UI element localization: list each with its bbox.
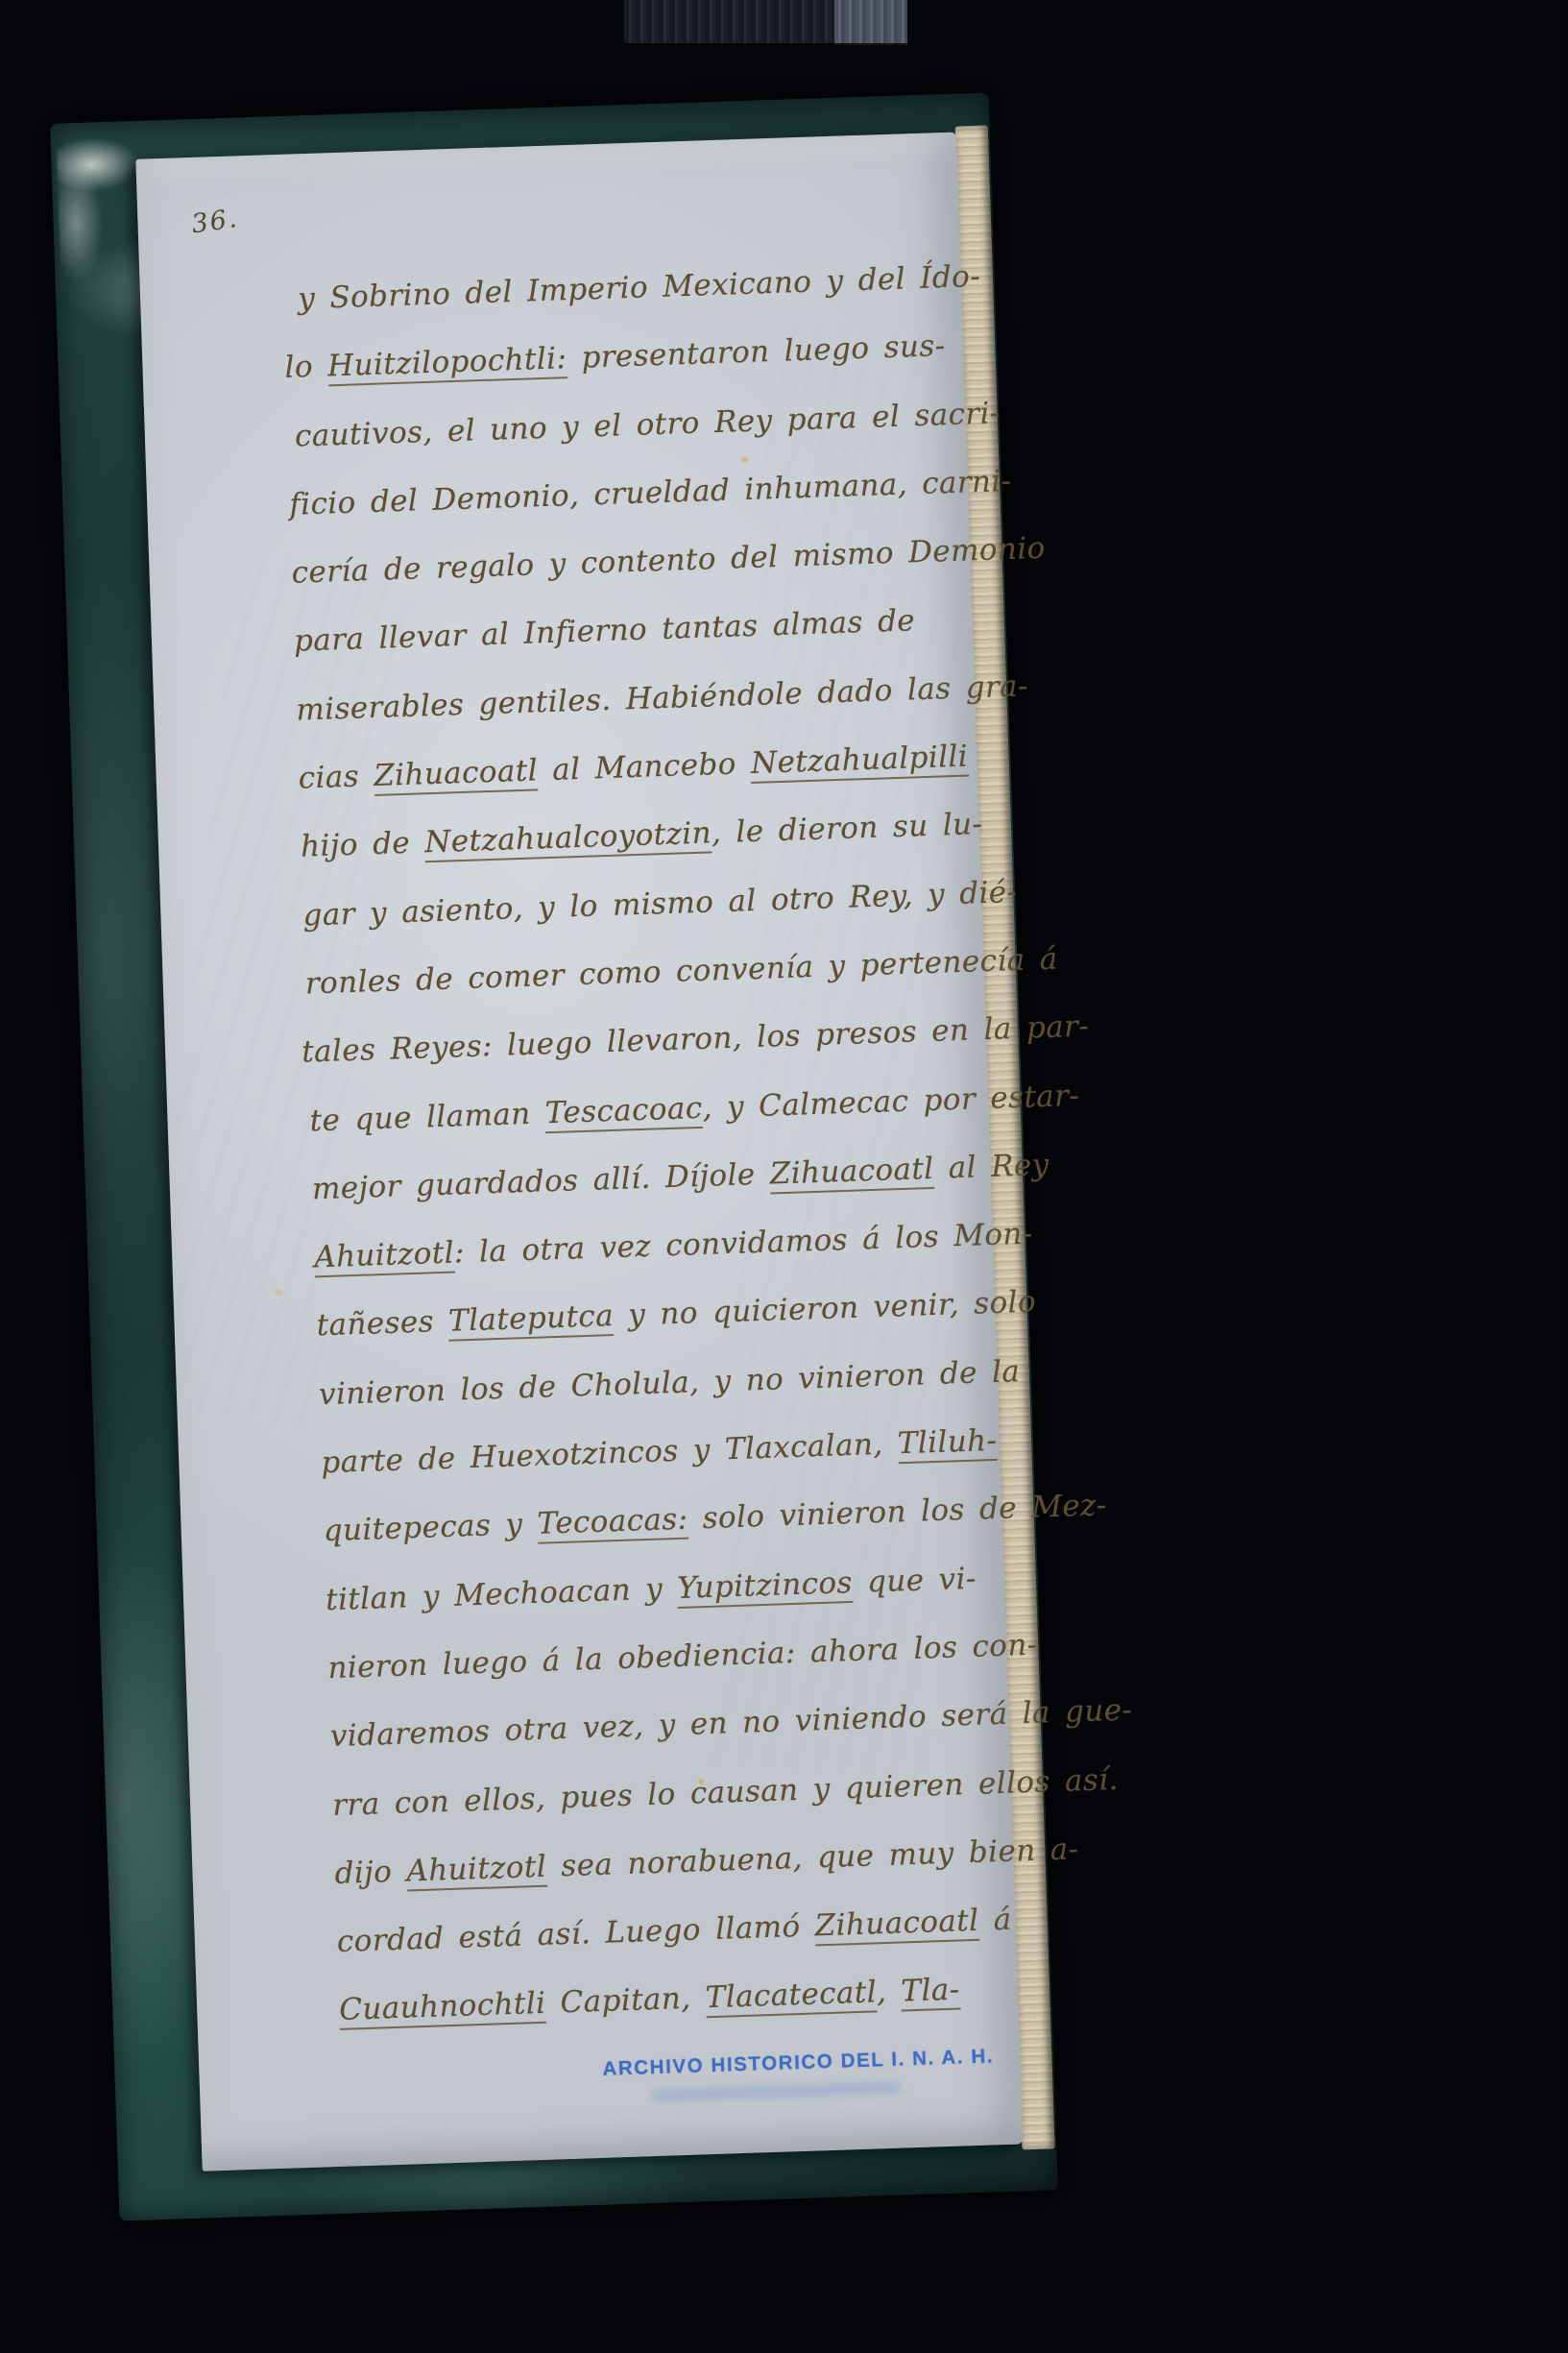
underlined-proper-noun: Tla- <box>901 1973 960 2012</box>
fabric-bookmark-light-section <box>834 0 907 45</box>
manuscript-text: y Sobrino del Imperio Mexicano y del Ído… <box>281 244 1002 2046</box>
underlined-proper-noun: Netzahualpilli <box>750 740 968 784</box>
underlined-proper-noun: Tlateputca <box>448 1298 615 1342</box>
underlined-proper-noun: Ahuitzotl <box>314 1236 455 1278</box>
underlined-proper-noun: Yupitzincos <box>677 1565 854 1609</box>
inah-archive-stamp: ARCHIVO HISTORICO DEL I. N. A. H. <box>602 2047 949 2081</box>
page-number: 36. <box>190 204 241 239</box>
underlined-proper-noun: Tlacatecatl <box>705 1976 878 2019</box>
scan-background: 36. y Sobrino del Imperio Mexicano y del… <box>0 0 1568 2353</box>
underlined-proper-noun: Cuauhnochtli <box>339 1986 546 2030</box>
underlined-proper-noun: Netzahualcoyotzin <box>424 816 712 863</box>
underlined-proper-noun: Tliluh- <box>897 1423 998 1464</box>
stamp-show-through <box>651 2081 901 2103</box>
underlined-proper-noun: Tescacoac <box>544 1090 703 1132</box>
bound-volume: 36. y Sobrino del Imperio Mexicano y del… <box>50 92 1058 2220</box>
underlined-proper-noun: Zihuacoatl <box>814 1904 979 1947</box>
underlined-proper-noun: Zihuacoatl <box>769 1152 934 1195</box>
paper-speck <box>274 1288 282 1296</box>
underlined-proper-noun: Huitzilopochtli: <box>327 341 567 386</box>
underlined-proper-noun: Ahuitzotl <box>406 1850 547 1892</box>
fabric-bookmark <box>624 0 907 45</box>
underlined-proper-noun: Tecoacas: <box>537 1502 688 1544</box>
fabric-bookmark-dark-section <box>624 0 834 45</box>
manuscript-page: 36. y Sobrino del Imperio Mexicano y del… <box>135 133 1023 2171</box>
underlined-proper-noun: Zihuacoatl <box>374 753 539 796</box>
